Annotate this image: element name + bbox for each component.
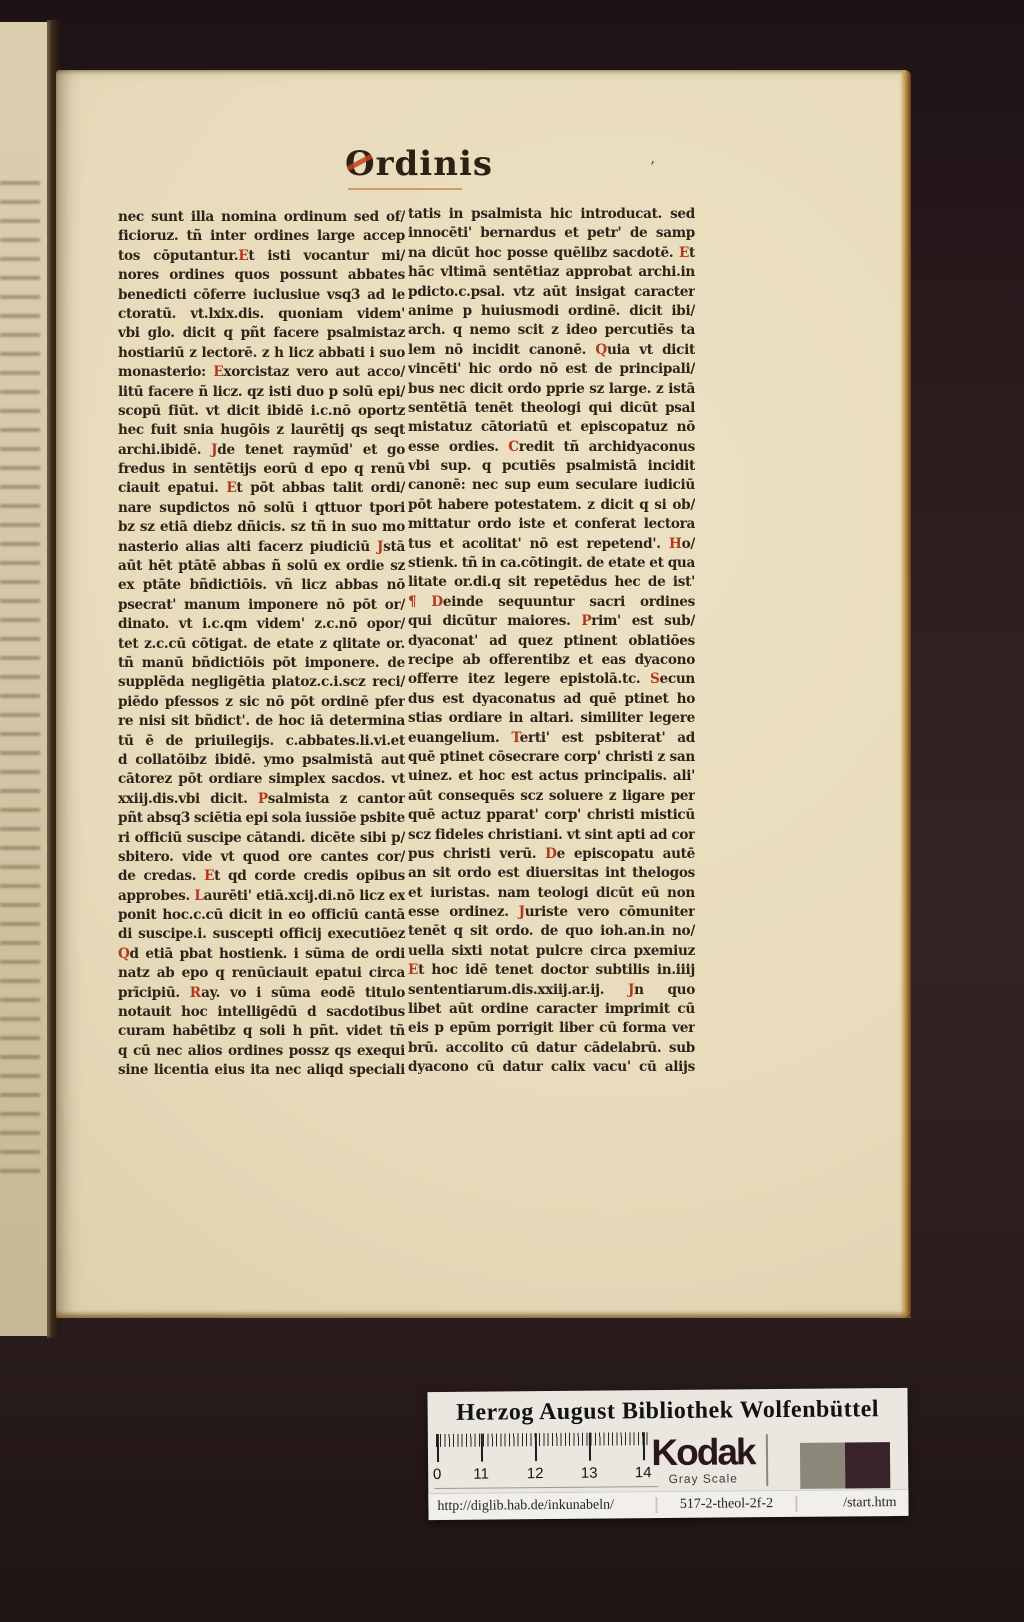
text-line: mistatuz cātoriatū et episcopatuz nō: [408, 418, 695, 437]
text-line: sentētiā tenēt theologi qui dicūt psal: [408, 399, 695, 418]
text-line: ex ptāte bñdictiōis. vñ licz abbas nō: [118, 576, 405, 595]
text-line: quē actuz pparat' corp' christi misticū: [408, 806, 695, 825]
rubricated-letter: J: [628, 982, 634, 998]
text-line: dinato. vt i.c.qm videm' z.c.nō opor/: [118, 615, 405, 634]
rubricated-letter: E: [213, 364, 223, 380]
text-line: tus et acolitat' nō est repetend'. Ho/: [408, 535, 695, 554]
ruler-baseline: [434, 1486, 658, 1489]
photo-background: Ordinis ’ nec sunt illa nomina ordinum s…: [0, 0, 1024, 1622]
text-line: stienk. tñ in ca.cōtingit. de etate et q…: [408, 554, 695, 573]
text-line: aūt consequēs scz soluere z ligare per: [408, 787, 695, 806]
text-line: ficioruz. tñ inter ordines large accep: [118, 227, 405, 246]
text-line: di suscipe.i. suscepti officij executiōe…: [118, 925, 405, 944]
rubricated-letter: Q: [595, 342, 607, 358]
text-line: sbitero. vide vt quod ore cantes cor/: [118, 848, 405, 867]
text-line: qui dicūtur maiores. Prim' est sub/: [408, 612, 695, 631]
text-line: et iuristas. nam teologi dicūt eū non: [408, 884, 695, 903]
kodak-block: Kodak Gray Scale: [641, 1433, 765, 1486]
text-line: dyaconat' ad quez ptinent oblatiōes: [408, 632, 695, 651]
text-line: aūt hēt ptātē abbas ñ solū ex ordie sz: [118, 557, 405, 576]
page-fore-edge: [900, 70, 911, 1318]
text-line: ponit hoc.c.cū dicit in eo officiū cantā: [118, 906, 405, 925]
text-line: monasterio: Exorcistaz vero aut acco/: [118, 363, 405, 382]
text-line: eis p epūm porrigit liber cū forma ver: [408, 1019, 695, 1038]
separator-line: [766, 1434, 768, 1486]
rubricated-letter: H: [669, 536, 682, 552]
rubricated-letter: J: [519, 904, 525, 920]
text-line: sine licentia eius ita nec aliqd special…: [118, 1061, 405, 1080]
text-line: nare supdictos nō solū i qttuor tpori: [118, 499, 405, 518]
rubricated-initial: O: [345, 146, 376, 182]
ruler-number: 12: [527, 1465, 544, 1482]
text-line: esse ordinez. Juriste vero cōmuniter: [408, 903, 695, 922]
ruler-major-tick: [535, 1433, 537, 1461]
ruler-minor-ticks: [436, 1432, 648, 1447]
text-line: nasterio alias alti facerz piudiciū Jstā: [118, 538, 405, 557]
text-line: pñt absq3 sciētia epi sola iussiōe psbit…: [118, 809, 405, 828]
text-line: hec fuit snia hugōis z laurētij qs seqt: [118, 421, 405, 440]
rubricated-letter: J: [377, 539, 383, 555]
text-line: mittatur ordo iste et conferat lectora: [408, 515, 695, 534]
gray-patch: [800, 1442, 845, 1488]
rubricated-letter: D: [545, 846, 557, 862]
text-line: curam habētibz q soli h pñt. videt tñ: [118, 1022, 405, 1041]
text-line: bus nec dicit ordo pprie sz large. z ist…: [408, 380, 695, 399]
text-line: hāc vltimā sentētiaz approbat archi.in: [408, 263, 695, 282]
text-line: q cū nec alios ordines possz qs exequi: [118, 1042, 405, 1061]
text-line: scz fideles christiani. vt sint apti ad …: [408, 826, 695, 845]
text-line: Qd etiā pbat hostienk. i sūma de ordi: [118, 945, 405, 964]
text-line: approbes. Laurēti' etiā.xcij.di.nō licz …: [118, 887, 405, 906]
ruler-major-tick: [481, 1434, 483, 1462]
text-line: tatis in psalmista hic introducat. sed: [408, 205, 695, 224]
rubricated-letter: E: [238, 248, 248, 264]
text-line: notauit hoc intelligēdū d sacdotibus: [118, 1003, 405, 1022]
text-line: stias ordiare in altari. similiter leger…: [408, 709, 695, 728]
text-line: piēdo pfessos z sic nō pōt ordinē pfer: [118, 693, 405, 712]
text-line: recipe ab offerentibz et eas dyacono: [408, 651, 695, 670]
rubricated-letter: P: [258, 791, 268, 807]
text-line: scopū fiūt. vt dicit ibidē i.c.nō oportz: [118, 402, 405, 421]
text-line: xxiij.dis.vbi dicit. Psalmista z cantor: [118, 790, 405, 809]
text-line: tū ē de priuilegijs. c.abbates.li.vi.et: [118, 732, 405, 751]
text-line: na dicūt hoc posse quēlibz sacdotē. Et: [408, 244, 695, 263]
running-title: Ordinis: [345, 146, 493, 182]
rubricated-letter: E: [408, 962, 418, 978]
text-line: ¶ Deinde sequuntur sacri ordines: [408, 593, 695, 612]
text-line: Et hoc idē tenet doctor subtilis in.iiij: [408, 961, 695, 980]
rubricated-letter: E: [204, 868, 214, 884]
text-line: tos cōputantur.Et isti vocantur mi/: [118, 247, 405, 266]
text-line: fredus in sentētijs eorū d epo q renū: [118, 460, 405, 479]
rubricated-letter: L: [194, 888, 203, 904]
text-line: d collatōibz ibidē. ymo psalmistā aut: [118, 751, 405, 770]
text-line: arch. q nemo scit z ideo percutiēs ta: [408, 321, 695, 340]
text-line: benedicti cōferre iuclusiue vsq3 ad le: [118, 286, 405, 305]
heading-rest: rdinis: [376, 144, 493, 184]
text-line: tet z.c.cū cōtigat. de etate z qlitate o…: [118, 635, 405, 654]
text-line: archi.ibidē. Jde tenet raymūd' et go: [118, 441, 405, 460]
text-line: canonē: nec sup eum seculare iudiciū: [408, 476, 695, 495]
start-file-text: /start.htm: [797, 1495, 908, 1512]
page-bottom-edge: [56, 1311, 911, 1318]
text-line: ciauit epatui. Et pōt abbas talit ordi/: [118, 479, 405, 498]
text-line: pōt habere potestatem. z dicit q si ob/: [408, 496, 695, 515]
text-line: innocēti' bernardus et petr' de samp: [408, 224, 695, 243]
text-line: vbi glo. dicit q pñt facere psalmistaz: [118, 324, 405, 343]
text-line: vincēti' hic ordo nō est de principali/: [408, 360, 695, 379]
text-line: uinez. et hoc est actus principalis. ali…: [408, 767, 695, 786]
text-line: brū. accolito cū datur cādelabrū. sub: [408, 1039, 695, 1058]
text-line: pdicto.c.psal. vtz aūt insigat caracter: [408, 283, 695, 302]
rubricated-letter: E: [226, 480, 236, 496]
text-line: uella sixti notat pulcre circa pxemiuz: [408, 942, 695, 961]
facing-page-edge: [0, 22, 50, 1336]
text-line: libet aūt ordine caracter imprimit cū: [408, 1000, 695, 1019]
stray-mark: ’: [650, 158, 655, 176]
kodak-logo: Kodak: [641, 1433, 765, 1472]
text-line: litū facere ñ licz. qz isti duo p solū e…: [118, 383, 405, 402]
text-line: litate or.di.q sit repetēdus hec de ist': [408, 573, 695, 592]
red-underline: [348, 188, 462, 190]
text-line: offerre itez legere epistolā.tc. Secun: [408, 670, 695, 689]
ruler-number: 0: [433, 1466, 441, 1483]
rubricated-letter: S: [650, 671, 660, 687]
text-line: lem nō incidit canonē. Quia vt dicit: [408, 341, 695, 360]
text-line: prīcipiū. Ray. vo i sūma eodē titulo: [118, 984, 405, 1003]
text-line: quē ptinet cōsecrare corp' christi z san: [408, 748, 695, 767]
text-line: esse ordies. Credit tñ archidyaconus: [408, 438, 695, 457]
ruler: 011121314: [434, 1430, 661, 1492]
rubricated-letter: C: [508, 439, 519, 455]
card-middle-row: 011121314 Kodak Gray Scale: [428, 1428, 909, 1493]
text-line: de credas. Et qd corde credis opibus: [118, 867, 405, 886]
text-column-right: tatis in psalmista hic introducat. sedin…: [408, 205, 695, 1078]
shelfmark-text: 517-2-theol-2f-2: [655, 1496, 797, 1513]
rubricated-letter: T: [511, 730, 519, 746]
url-text: http://diglib.hab.de/inkunabeln/: [428, 1497, 655, 1515]
ruler-number: 11: [473, 1466, 489, 1483]
text-line: natz ab epo q renūciauit epatui circa: [118, 964, 405, 983]
gray-scale-label: Gray Scale: [641, 1471, 765, 1486]
text-line: an sit ordo est diuersitas int thelogos: [408, 864, 695, 883]
text-line: dyacono cū datur calix vacu' cū alijs: [408, 1058, 695, 1077]
text-line: pus christi verū. De episcopatu autē: [408, 845, 695, 864]
library-name: Herzog August Bibliothek Wolfenbüttel: [428, 1394, 908, 1428]
manuscript-page: Ordinis ’ nec sunt illa nomina ordinum s…: [56, 70, 911, 1318]
text-line: euangelium. Terti' est psbiterat' ad: [408, 729, 695, 748]
text-line: tñ manū bñdictiōis pōt imponere. de: [118, 654, 405, 673]
text-line: cātorez pōt ordiare simplex sacdos. vt: [118, 770, 405, 789]
ruler-number: 13: [581, 1465, 598, 1482]
text-line: psecrat' manum imponere nō pōt or/: [118, 596, 405, 615]
rubricated-letter: R: [190, 985, 201, 1001]
showthrough-text: [0, 172, 40, 1182]
rubricated-letter: P: [581, 613, 591, 629]
rubricated-letter: ¶ D: [408, 594, 443, 610]
text-line: anime p huiusmodi ordinē. dicit ibi/: [408, 302, 695, 321]
rubricated-letter: J: [211, 442, 217, 458]
text-line: tenēt q sit ordo. de quo ioh.an.in no/: [408, 922, 695, 941]
text-line: hostiariū z lectorē. z h licz abbati i s…: [118, 344, 405, 363]
text-line: ri officiū suscipe cātandi. dicēte sibi …: [118, 829, 405, 848]
text-column-left: nec sunt illa nomina ordinum sed of/fici…: [118, 208, 405, 1081]
black-patch: [845, 1442, 890, 1488]
color-card: Herzog August Bibliothek Wolfenbüttel 01…: [427, 1388, 908, 1519]
text-line: sententiarum.dis.xxiij.ar.ij. Jn quo: [408, 981, 695, 1000]
text-line: ctoratū. vt.lxix.dis. quoniam videm': [118, 305, 405, 324]
text-line: dus est dyaconatus ad quē ptinet ho: [408, 690, 695, 709]
ruler-major-tick: [437, 1434, 439, 1462]
card-bottom-row: http://diglib.hab.de/inkunabeln/ 517-2-t…: [428, 1489, 908, 1520]
rubricated-letter: Q: [118, 946, 130, 962]
text-line: re nisi sit bñdict'. de hoc iā determina: [118, 712, 405, 731]
ruler-major-tick: [589, 1433, 591, 1461]
text-line: nores ordines quos possunt abbates: [118, 266, 405, 285]
text-line: nec sunt illa nomina ordinum sed of/: [118, 208, 405, 227]
rubricated-letter: E: [679, 245, 689, 261]
text-line: vbi sup. q pcutiēs psalmistā incidit: [408, 457, 695, 476]
text-line: supplēda negligētia platoz.c.i.scz reci/: [118, 673, 405, 692]
text-line: bz sz etiā diebz dñicis. sz tñ in suo mo: [118, 518, 405, 537]
